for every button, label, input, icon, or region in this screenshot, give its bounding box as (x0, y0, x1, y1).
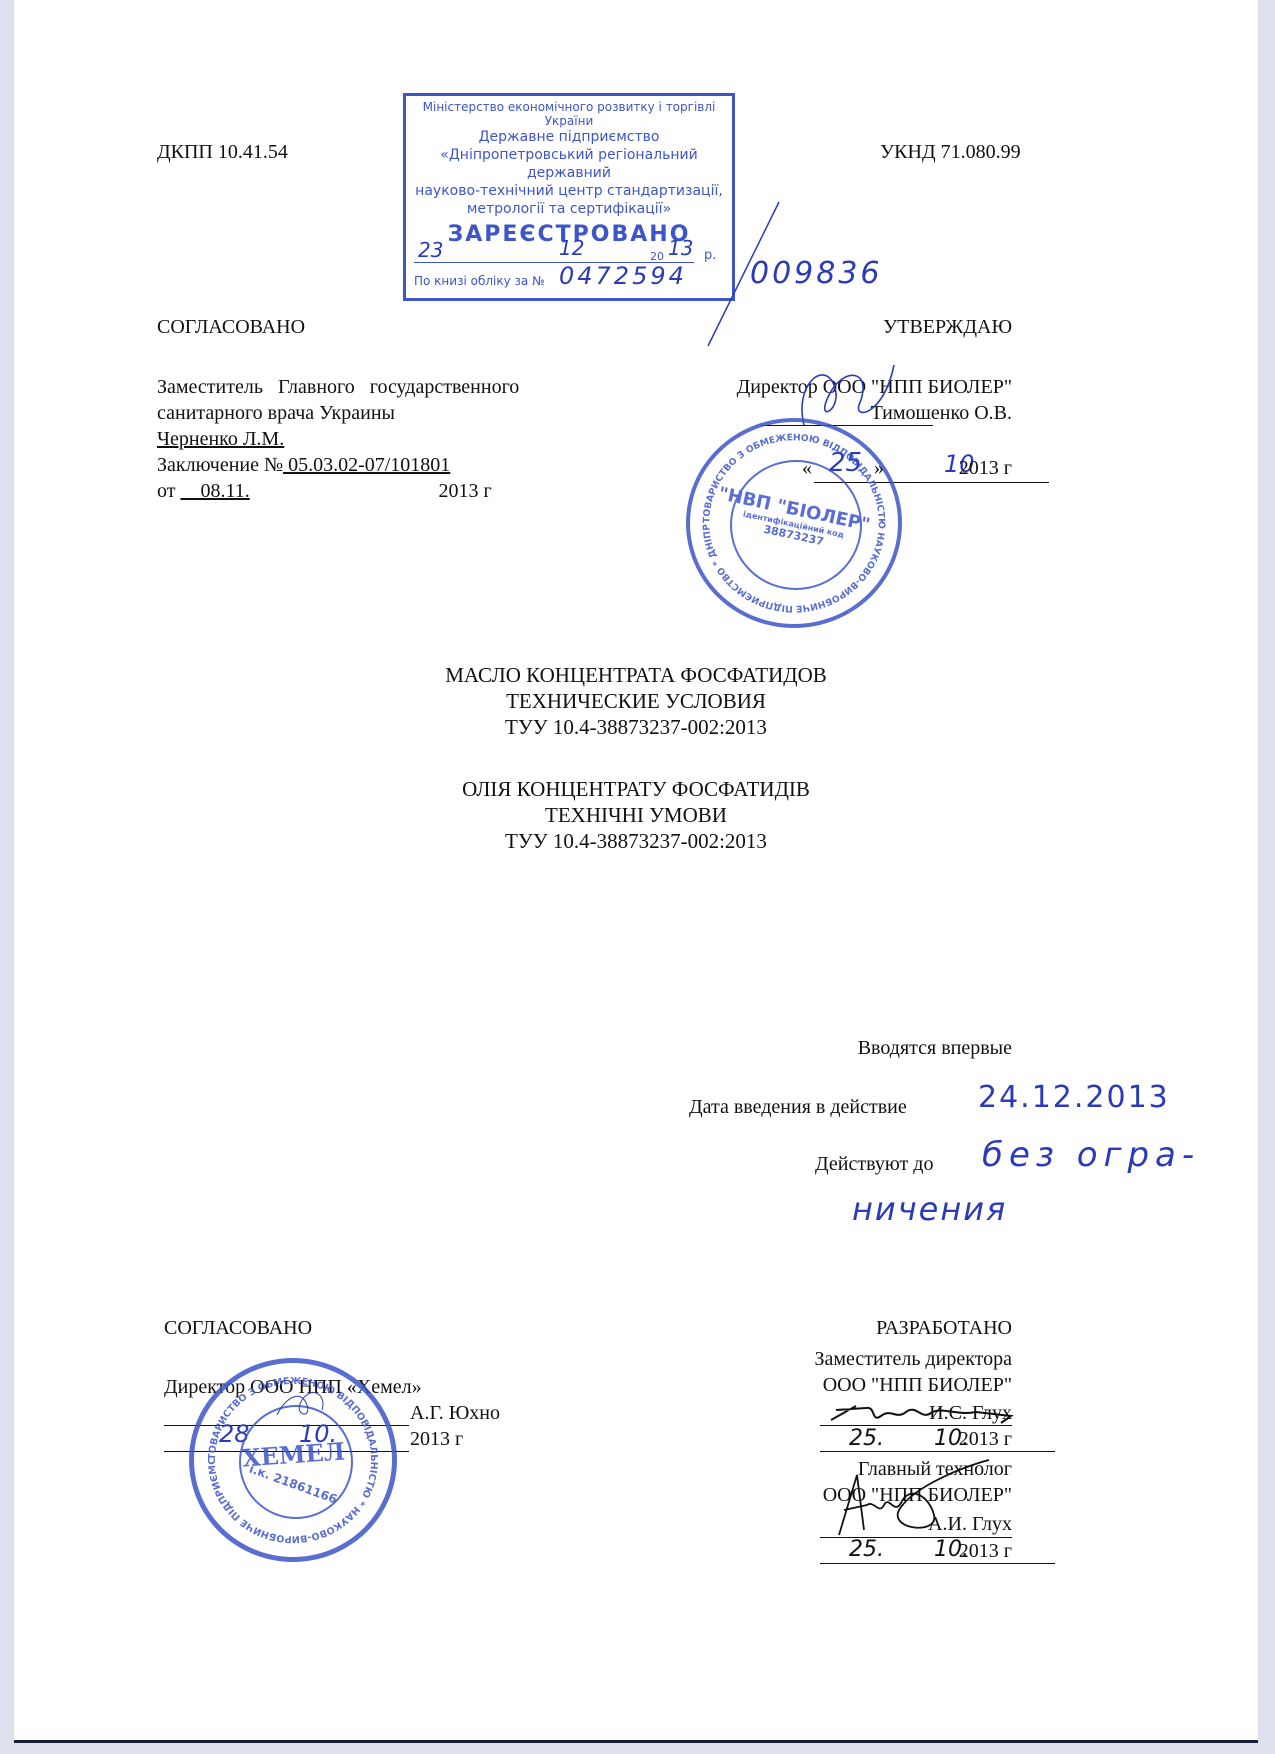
developer1-name: И.С. Глух (929, 1400, 1012, 1426)
document-page: ДКПП 10.41.54 УКНД 71.080.99 Міністерств… (14, 0, 1258, 1743)
developer1-position-line1: Заместитель директора (814, 1346, 1012, 1372)
approval-right-heading: УТВЕРЖДАЮ (883, 314, 1012, 340)
conclusion-label: Заключение № (157, 454, 283, 476)
stamp-center-line1: «Дніпропетровський регіональний державни… (406, 146, 732, 182)
date-field: 08.11. (180, 478, 438, 504)
stamp-day: 23 (418, 238, 443, 262)
signature-yukhno (272, 1385, 332, 1425)
developer2-day: 25. (849, 1537, 884, 1562)
developer2-name: А.И. Глух (928, 1511, 1012, 1537)
conclusion-number-field: 05.03.02-07/101801 (283, 454, 450, 476)
registration-stamp: Міністерство економічного розвитку і тор… (403, 93, 735, 301)
date-year: 2013 г (438, 480, 491, 502)
developer1-year: 2013 г (959, 1426, 1012, 1452)
approval-left-name: Черненко Л.М. (157, 426, 284, 452)
developer1-day: 25. (849, 1426, 884, 1451)
approval-left-conclusion: Заключение № 05.03.02-07/101801 (157, 452, 450, 478)
valid-until-value-line1: без огра- (982, 1135, 1200, 1175)
dkpp-code: ДКПП 10.41.54 (157, 139, 288, 165)
stamp-year-suffix: 13 (668, 236, 693, 260)
uknd-code: УКНД 71.080.99 (880, 139, 1021, 165)
stamp-center-line3: метрології та сертифікації» (406, 200, 732, 218)
title-ru-line1: МАСЛО КОНЦЕНТРАТА ФОСФАТИДОВ (14, 662, 1258, 688)
title-uk-line3: ТУУ 10.4-38873237-002:2013 (14, 828, 1258, 854)
date-prefix: от (157, 480, 175, 502)
approval-left-position-line1: Заместитель Главного государственного (157, 374, 569, 400)
effective-date-value: 24.12.2013 (978, 1080, 1170, 1115)
developer1-position-line2: ООО "НПП БИОЛЕР" (823, 1372, 1012, 1398)
approval-right-year: 2013 г (959, 455, 1012, 481)
title-ru-line3: ТУУ 10.4-38873237-002:2013 (14, 714, 1258, 740)
svg-text:ТОВАРИСТВО З ОБМЕЖЕНОЮ ВІДПОВІ: ТОВАРИСТВО З ОБМЕЖЕНОЮ ВІДПОВІДАЛЬНІСТЮ … (690, 422, 886, 613)
stamp-book-label: По книзі обліку за № (414, 274, 545, 288)
introduced-first: Вводятся впервые (858, 1035, 1012, 1061)
approval-bottom-left-heading: СОГЛАСОВАНО (164, 1315, 312, 1341)
approval-bottom-left-year: 2013 г (410, 1426, 463, 1452)
title-ru-line2: ТЕХНИЧЕСКИЕ УСЛОВИЯ (14, 688, 1258, 714)
effective-date-label: Дата введения в действие (689, 1094, 907, 1120)
registration-number: 009836 (750, 256, 883, 291)
stamp-book-number: 0472594 (559, 262, 687, 290)
stamp-book-row: По книзі обліку за № 0472594 (414, 274, 724, 288)
developed-heading: РАЗРАБОТАНО (876, 1315, 1012, 1341)
approval-left-position-line2: санитарного врача Украины (157, 400, 395, 426)
approval-left-date: от 08.11.2013 г (157, 478, 492, 504)
approval-left-heading: СОГЛАСОВАНО (157, 314, 305, 340)
title-uk-line2: ТЕХНІЧНІ УМОВИ (14, 802, 1258, 828)
bioler-stamp: "НВП "БІОЛЕР" ідентифікаційний код 38873… (686, 418, 902, 628)
developer2-year: 2013 г (959, 1538, 1012, 1564)
stamp-month: 12 (559, 236, 584, 260)
valid-until-value-line2: ничения (852, 1190, 1007, 1228)
stamp-center-line2: науково-технічний центр стандартизації, (406, 182, 732, 200)
title-uk-line1: ОЛІЯ КОНЦЕНТРАТУ ФОСФАТИДІВ (14, 776, 1258, 802)
developer2-date-line (820, 1563, 1055, 1564)
stamp-enterprise: Державне підприємство (406, 128, 732, 146)
developer1-date-line (820, 1451, 1055, 1452)
bioler-stamp-ring: ТОВАРИСТВО З ОБМЕЖЕНОЮ ВІДПОВІДАЛЬНІСТЮ … (690, 422, 898, 624)
valid-until-label: Действуют до (815, 1151, 933, 1177)
stamp-ministry: Міністерство економічного розвитку і тор… (406, 100, 732, 128)
approval-bottom-left-name: А.Г. Юхно (410, 1400, 500, 1426)
